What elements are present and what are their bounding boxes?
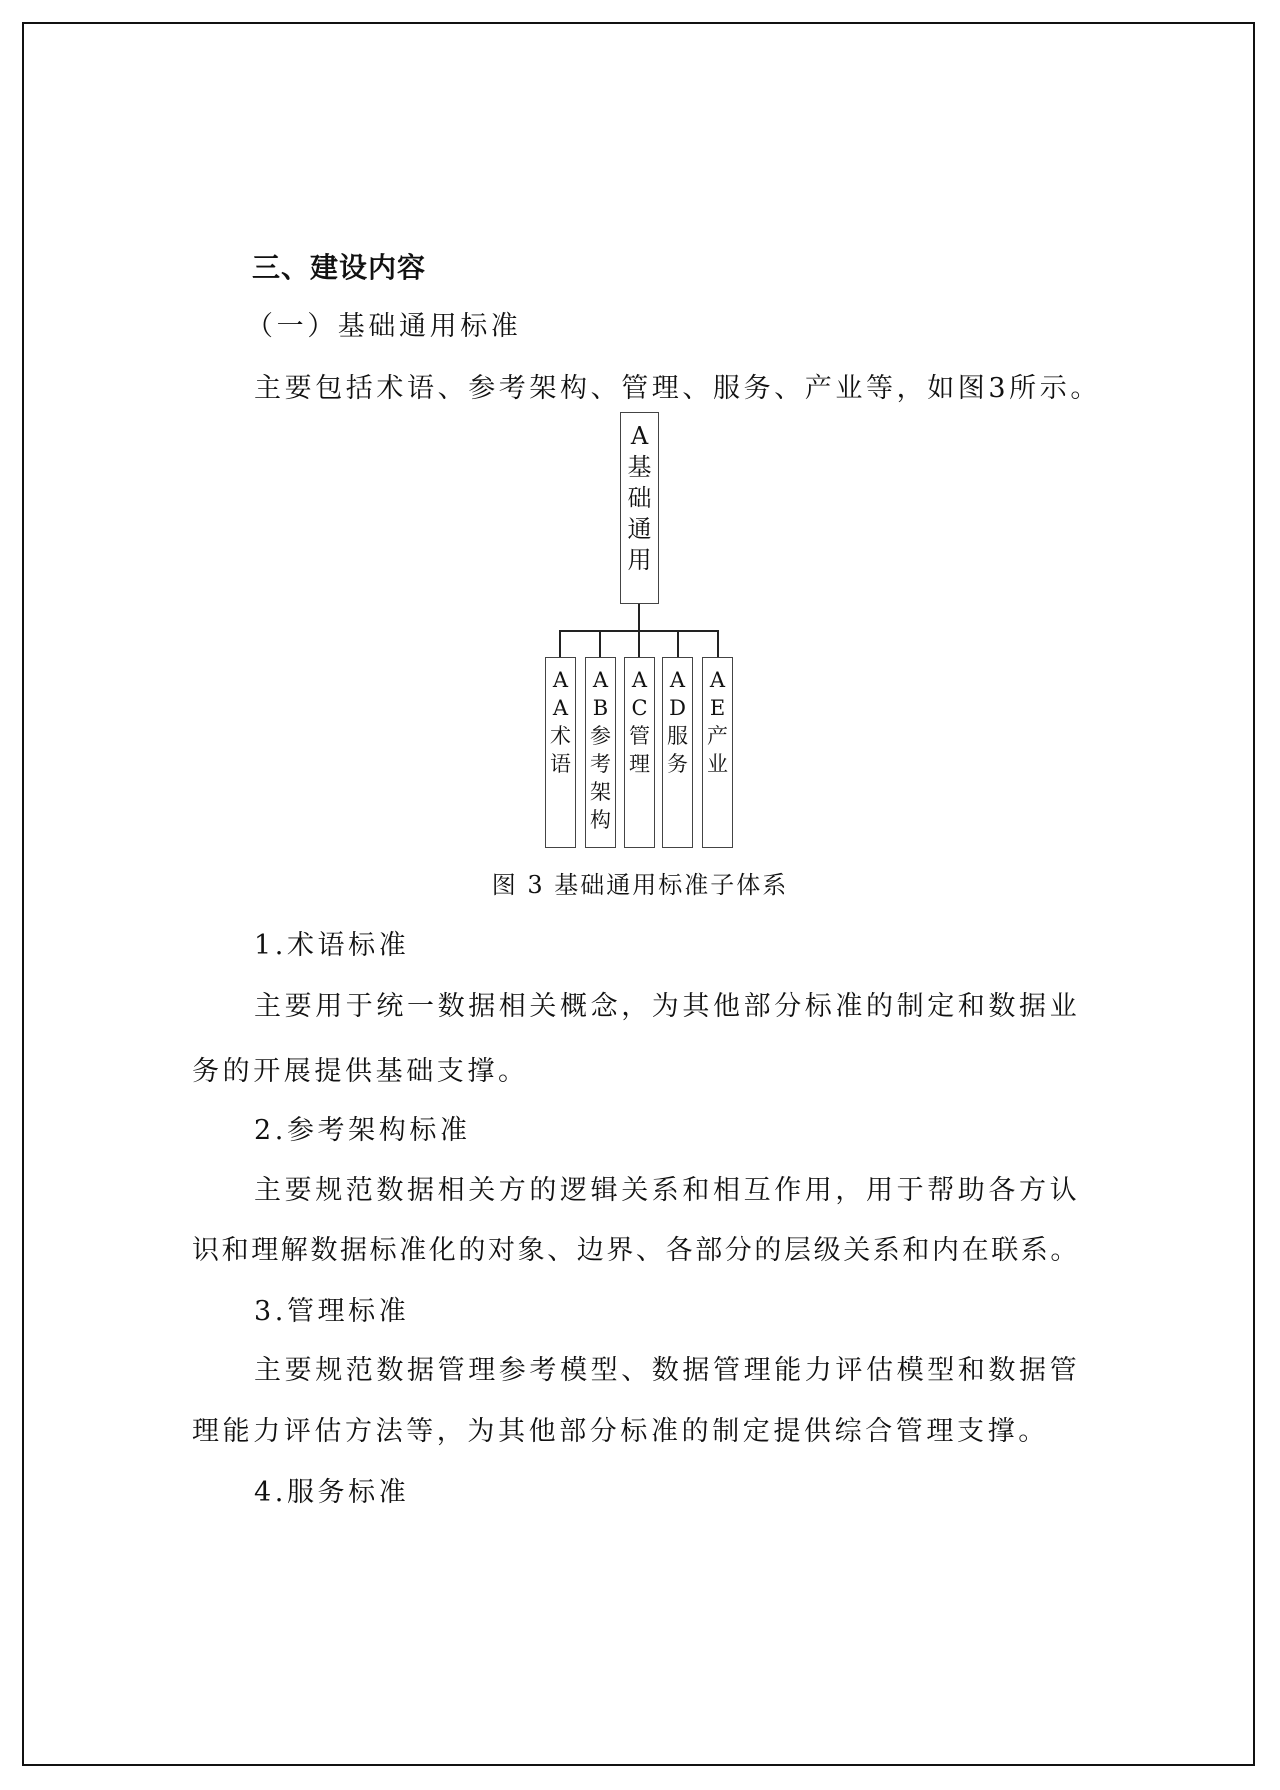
root-label-char: 础 [628, 483, 652, 514]
child-code-char: A [553, 694, 568, 722]
diagram-child-box-ac: A C 管 理 [624, 657, 655, 848]
item-title-terminology: 1.术语标准 [254, 928, 409, 964]
diagram-child-box-aa: A A 术 语 [545, 657, 576, 848]
child-label-char: 语 [550, 750, 571, 778]
root-code: A [631, 421, 648, 452]
connector-branch [638, 630, 640, 658]
child-code-char: C [631, 694, 647, 722]
root-label-char: 通 [628, 514, 652, 545]
intro-paragraph: 主要包括术语、参考架构、管理、服务、产业等，如图3所示。 [254, 371, 1101, 407]
diagram-root-box: A 基 础 通 用 [620, 412, 659, 604]
diagram-child-box-ab: A B 参 考 架 构 [585, 657, 616, 848]
item-title-reference-architecture: 2.参考架构标准 [254, 1113, 471, 1149]
item-paragraph-line: 务的开展提供基础支撑。 [192, 1054, 529, 1090]
child-label-char: 业 [707, 750, 728, 778]
child-label-char: 管 [629, 722, 650, 750]
diagram-child-box-ad: A D 服 务 [662, 657, 693, 848]
child-code-char: E [710, 694, 725, 722]
child-label-char: 服 [667, 722, 688, 750]
item-paragraph-line: 理能力评估方法等，为其他部分标准的制定提供综合管理支撑。 [192, 1414, 1049, 1450]
child-code-char: A [593, 666, 608, 694]
item-paragraph-line: 主要规范数据相关方的逻辑关系和相互作用，用于帮助各方认 [254, 1173, 1080, 1209]
child-code-char: A [553, 666, 568, 694]
child-code-char: A [670, 666, 685, 694]
child-label-char: 构 [590, 806, 611, 834]
diagram-child-box-ae: A E 产 业 [702, 657, 733, 848]
subsection-heading: （一）基础通用标准 [246, 309, 521, 345]
root-label-char: 基 [628, 452, 652, 483]
child-label-char: 务 [667, 750, 688, 778]
item-title-service: 4.服务标准 [254, 1475, 409, 1511]
child-code-char: B [593, 694, 608, 722]
connector-branch [717, 630, 719, 658]
connector-branch [559, 630, 561, 658]
item-paragraph-line: 主要规范数据管理参考模型、数据管理能力评估模型和数据管 [254, 1353, 1080, 1389]
item-paragraph-line: 主要用于统一数据相关概念，为其他部分标准的制定和数据业 [254, 989, 1080, 1025]
connector-branch [599, 630, 601, 658]
child-label-char: 架 [590, 778, 611, 806]
item-title-management: 3.管理标准 [254, 1294, 409, 1330]
figure-caption: 图 3 基础通用标准子体系 [0, 870, 1280, 900]
child-label-char: 产 [707, 722, 728, 750]
child-label-char: 考 [590, 750, 611, 778]
child-label-char: 术 [550, 722, 571, 750]
root-label-char: 用 [628, 545, 652, 576]
child-code-char: A [710, 666, 725, 694]
section-heading: 三、建设内容 [252, 250, 426, 286]
child-label-char: 理 [629, 750, 650, 778]
item-paragraph-line: 识和理解数据标准化的对象、边界、各部分的层级关系和内在联系。 [192, 1233, 1080, 1269]
child-code-char: A [632, 666, 647, 694]
connector-branch [677, 630, 679, 658]
child-code-char: D [669, 694, 686, 722]
connector-trunk [638, 604, 640, 632]
child-label-char: 参 [590, 722, 611, 750]
